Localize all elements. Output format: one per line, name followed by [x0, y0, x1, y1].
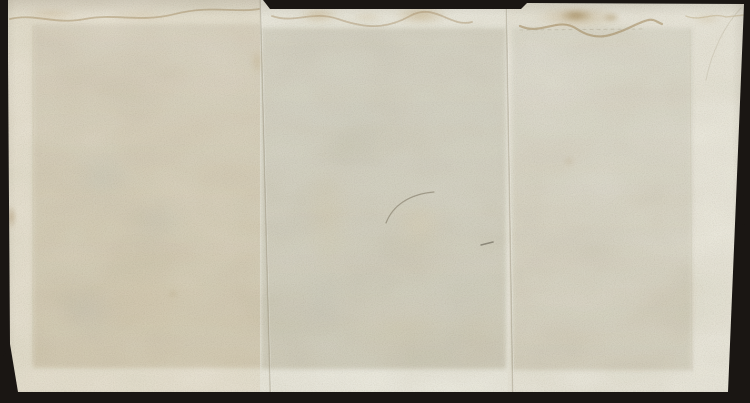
photo-background — [0, 0, 750, 403]
grain-texture-rect — [0, 0, 750, 403]
photo-grain-texture — [0, 0, 750, 403]
